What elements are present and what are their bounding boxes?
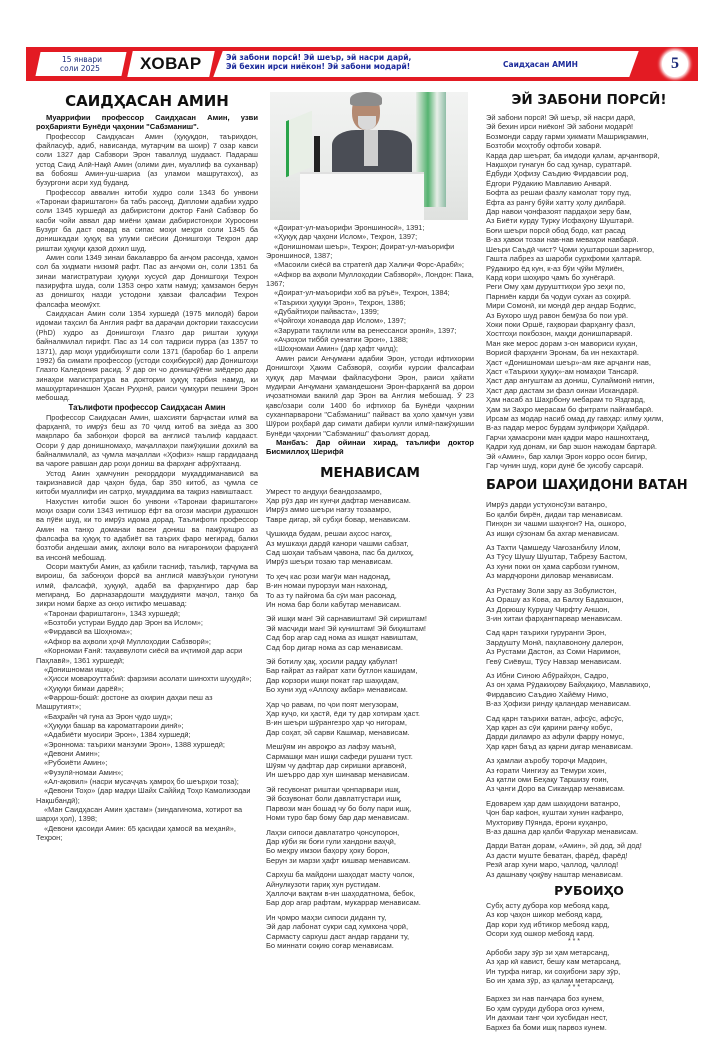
article-title: САИДҲАСАН АМИН	[36, 92, 258, 110]
stanza: Аз ҳамлаи аъробу тороҷи Мадоин,Аз ғорати…	[486, 756, 692, 794]
motto-line-2: Эй бехин ирси ниёкон! Эй забони модарӣ!	[226, 62, 486, 71]
page-number: 5	[662, 51, 688, 77]
works-list-item: «Афкор ва аҳволи ҳоҷӣ Муллоҳодии Сабзвор…	[36, 637, 258, 646]
works-list-item: «Девони қасоиди Амин: 65 қасидаи ҳамосӣ …	[36, 824, 258, 843]
poem-ruboiho: Субҳ асту дубора кор мебояд кард,Аз кор …	[486, 901, 692, 1032]
works-list-item: «Аҷзоҳои тиббӣ суннатии Эрон», 1388;	[266, 335, 474, 344]
works-list-item: «Доират-ул-маъорифи хоб ва рӯъё», Теҳрон…	[266, 288, 474, 297]
podium	[300, 172, 424, 220]
works-list-item: «Ҷойгоҳи хонавода дар Ислом», 1397;	[266, 316, 474, 325]
issue-date-year: соли 2025	[60, 64, 100, 73]
works-list-item: «Эроннома: таърихи манзуми Эрон», 1388 х…	[36, 740, 258, 749]
poem-menavisam: Умрест то андуҳи беандозаамро,Ҳар рӯз да…	[266, 487, 474, 951]
works-list-item: «Девони Амин»;	[36, 749, 258, 758]
motto-text: Эй забони порсӣ! Эй шеър, эй насри дарӣ,…	[226, 53, 486, 71]
header-author: Саидҳасан АМИН	[503, 60, 578, 69]
stanza: Имрӯз дарди устухонсӯзи ватанро,Бо қалби…	[486, 500, 692, 538]
rubai: Субҳ асту дубора кор мебояд кард,Аз кор …	[486, 901, 692, 939]
article-biography: САИДҲАСАН АМИН Муаррифии профессор Саидҳ…	[36, 92, 258, 842]
works-list-item: «Адабиёти муосири Эрон», 1384 хуршедӣ;	[36, 730, 258, 739]
works-list-item: «Ҳуқуқи башар ва кароматгароии динӣ»;	[36, 721, 258, 730]
issue-date-day: 15 январи	[62, 55, 102, 64]
poem-title-baroi-shahidoni-vatan: БАРОИ ШАҲИДОНИ ВАТАН	[486, 478, 692, 494]
poem-title-ruboiho: РУБОИҲО	[486, 884, 692, 898]
works-list-item: «Бозтоби устураи Буддо дар Эрон ва Ислом…	[36, 618, 258, 627]
stanza: Эй ишқи ман! Эй сарнавиштам! Эй сириштам…	[266, 614, 474, 652]
author-photo	[270, 92, 468, 220]
works-list-item: «Ҳуқуқ дар ҷаҳони Ислом», Теҳрон, 1397;	[266, 232, 474, 241]
article-body: Профессор Саидҳасан Амин (ҳуқуқдон, таър…	[36, 132, 258, 609]
works-list: «Таронаи фариштагон», 1343 хуршедӣ; «Боз…	[36, 609, 258, 843]
stanza: Едоварем ҳар дам шаҳидони ватанро,Ҷон ба…	[486, 799, 692, 837]
works-list-item: «Таърихи ҳуқуқи Эрон», Теҳрон, 1386;	[266, 298, 474, 307]
poems-column: ЭЙ ЗАБОНИ ПОРСӢ! Эй забони порсӣ! Эй шеъ…	[486, 92, 692, 1032]
source-credit: Манбаъ: Дар ойинаи хирад, таълифи доктор…	[266, 438, 474, 457]
stanza: Лаҳзи сипоси давлататро ҷонсупорон,Дар к…	[266, 828, 474, 866]
works-list-item: «Ҳуқуқи бимаи дарёӣ»;	[36, 684, 258, 693]
poem-ey-zaboni-porsi: Эй забони порсӣ! Эй шеър, эй насри дарӣ,…	[486, 113, 692, 470]
stanza: Сад қарн таърихи ватан, афсӯс, афсӯс,Ҳар…	[486, 714, 692, 752]
works-list-item: «Ҳисси моварoуттабиӣ: фарзияи асолати ши…	[36, 674, 258, 683]
rubai: Арбоби зару зӯр зи ҳам метарсанд,Аз ҳар …	[486, 948, 692, 986]
works-list-item: «Афкор ва аҳволи Муллоҳодии Сабзворӣ», Л…	[266, 270, 474, 289]
paragraph: Нахустин китоби эшон бо унвони «Таронаи …	[36, 497, 258, 562]
stanza: Аз Рустаму Золи зару аз Зобулистон,Аз Ор…	[486, 586, 692, 624]
stanza: Ин ҷомро маҳзи сипоси диданн ту,Эй дар л…	[266, 913, 474, 951]
poem-title-menavisam: МЕНАВИСАМ	[266, 465, 474, 481]
stanza: Эй ботилу ҳақ, ҳосили радду қабулат!Бар …	[266, 657, 474, 695]
poem-baroi-shahidoni-vatan: Имрӯз дарди устухонсӯзи ватанро,Бо қалби…	[486, 500, 692, 879]
works-subheading: Таълифоти профессор Саидҳасан Амин	[36, 403, 258, 413]
stanza: Мешӯям ин авроқро аз лафзу маънӣ,Сармашқ…	[266, 742, 474, 780]
paragraph: Саидҳасан Амин соли 1354 хуршедӣ (1975 м…	[36, 309, 258, 402]
section-rubric: ХОВАР	[127, 51, 215, 77]
stanza: Сархуш ба майдони шаҳодат масту чолок,Ай…	[266, 870, 474, 908]
works-list-item: «Фузулӣ-номаи Амин»;	[36, 768, 258, 777]
works-list-item: «Корномаи Ғанӣ: таҳаввулоти сиёсӣ ва иҷт…	[36, 646, 258, 665]
works-list-item: «Дубайтиҳои пайваста», 1399;	[266, 307, 474, 316]
paragraph: Профессор Саидҳасан Амин (ҳуқуқдон, таър…	[36, 132, 258, 188]
works-list-item: «Баҳрайн чӣ гуна аз Эрон ҷудо шуд»;	[36, 712, 258, 721]
section-rubric-label: ХОВАР	[140, 54, 202, 74]
works-list-item: «Масоили сиёсӣ ва стратегӣ дар Халиҷи Фо…	[266, 260, 474, 269]
paragraph: Профессор Саидҳасан Амин, шахсияти барҷа…	[36, 413, 258, 469]
works-list-item: «Рубоиёти Амин»;	[36, 758, 258, 767]
stanza: Ҷушкида будам, решаи аҳсос нағоҳ,Аз мушк…	[266, 529, 474, 567]
works-list-item: «Донишномаи шеър», Теҳрон; Доират-ул-маъ…	[266, 242, 474, 261]
separator: * * *	[456, 985, 692, 991]
issue-date: 15 январи соли 2025	[35, 52, 126, 76]
works-list-item: «Девони Тоҳо» (дар мадҳи Шайх Саййид Тоҳ…	[36, 786, 258, 805]
stanza: Аз Ибни Синою Абӯрайҳон, Садро,Аз он ҳам…	[486, 671, 692, 709]
masthead: 15 январи соли 2025 ХОВАР Эй забони порс…	[26, 47, 698, 81]
paragraph: Амин соли 1349 зинаи бакалаврро ба анҷом…	[36, 253, 258, 309]
stanza: Эй гесувонат риштаи ҷонпарвари ишқ,Эй бо…	[266, 785, 474, 823]
works-list-item: «Ман Саидҳасан Амин ҳастам» (зиндагинома…	[36, 805, 258, 824]
poem-title-ey-zaboni-porsi: ЭЙ ЗАБОНИ ПОРСӢ!	[486, 92, 692, 108]
stanza: Сад қарн таърихи гуруранги Эрон,Зардушту…	[486, 628, 692, 666]
works-list-continued: «Доират-ул-маъорифи Эроншиносӣ», 1391; «…	[266, 223, 474, 354]
works-list-item: «Фаррош-бошӣ: достоне аз охирин даҳаи пе…	[36, 693, 258, 712]
stanza: То ҳеҷ кас рози магӯи ман надонад,В-ин н…	[266, 572, 474, 610]
flag-left	[286, 111, 312, 178]
stanza: Умрест то андуҳи беандозаамро,Ҳар рӯз да…	[266, 487, 474, 525]
works-list-item: «Ал-ақовил» (насри мусаҷҷаъ ҳамроҳ бо ше…	[36, 777, 258, 786]
article-lead: Муаррифии профессор Саидҳасан Амин, узви…	[36, 113, 258, 132]
rubai: Бархез зи нав панҷара боз кунем,Бо ҳам с…	[486, 994, 692, 1032]
works-list-item: «Шоҳномаи Амин» (дар ҳафт ҷилд);	[266, 344, 474, 353]
works-list-item: «Доират-ул-маъорифи Эроншиносӣ», 1391;	[266, 223, 474, 232]
stanza: Ҳар ҷо равам, по ҷои поят мегузорам,Ҳар …	[266, 700, 474, 738]
stanza: Аз Тахти Ҷамшеду Чағозанбилу Илом,Аз Тӯс…	[486, 543, 692, 581]
works-list-item: «Таронаи фариштагон», 1343 хуршедӣ;	[36, 609, 258, 618]
works-list-item: «Донишномаи ишқ»;	[36, 665, 258, 674]
article-continuation: «Доират-ул-маъорифи Эроншиносӣ», 1391; «…	[266, 92, 474, 955]
paragraph: Устод Амин ҳамчунин рекорддори муқаддима…	[36, 469, 258, 497]
stanza: Дарди Ватан дорам, «Амин», эй дод, эй до…	[486, 841, 692, 879]
motto-line-1: Эй забони порсӣ! Эй шеър, эй насри дарӣ,	[226, 53, 486, 62]
paragraph: Осори мактуби Амин, аз қабили тасниф, та…	[36, 562, 258, 609]
works-list-item: «Зарурати таҳлили илм ва ренессанси эрон…	[266, 326, 474, 335]
closing-paragraph: Амин раиси Анҷумани адабии Эрон, устоди …	[266, 354, 474, 438]
works-list-item: «Фирдавсӣ ва Шоҳнома»;	[36, 627, 258, 636]
separator: * * *	[456, 939, 692, 945]
paragraph: Профессор аввалин китоби худро соли 1343…	[36, 188, 258, 253]
microphone	[314, 136, 320, 172]
